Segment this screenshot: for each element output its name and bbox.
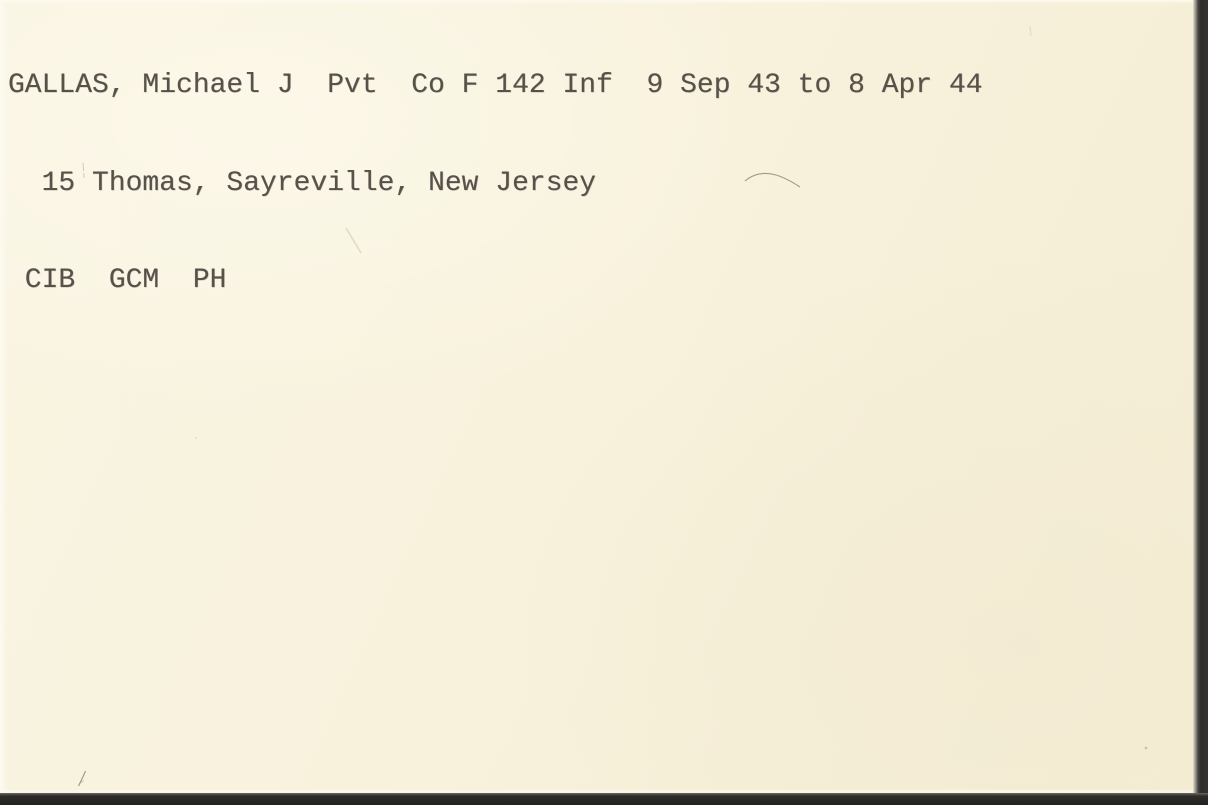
pencil-slash-mark	[79, 771, 86, 786]
typed-line-awards: CIB GCM PH	[8, 263, 983, 299]
pencil-slash-tail-mark	[81, 781, 85, 784]
paper-speck	[195, 437, 197, 439]
scan-edge-right	[1193, 0, 1208, 805]
scan-edge-bottom	[0, 793, 1208, 805]
scan-edge-left	[0, 0, 8, 805]
typed-line-address: 15 Thomas, Sayreville, New Jersey	[8, 166, 983, 202]
paper-speck	[1145, 747, 1148, 750]
typed-line-name-rank-unit-dates: GALLAS, Michael J Pvt Co F 142 Inf 9 Sep…	[8, 68, 983, 104]
index-card: GALLAS, Michael J Pvt Co F 142 Inf 9 Sep…	[0, 0, 1208, 805]
scanned-index-card-photo: GALLAS, Michael J Pvt Co F 142 Inf 9 Sep…	[0, 0, 1208, 805]
typed-text-block: GALLAS, Michael J Pvt Co F 142 Inf 9 Sep…	[8, 6, 983, 361]
scan-edge-top	[0, 0, 1208, 4]
faint-smudge-mark	[1030, 26, 1031, 36]
